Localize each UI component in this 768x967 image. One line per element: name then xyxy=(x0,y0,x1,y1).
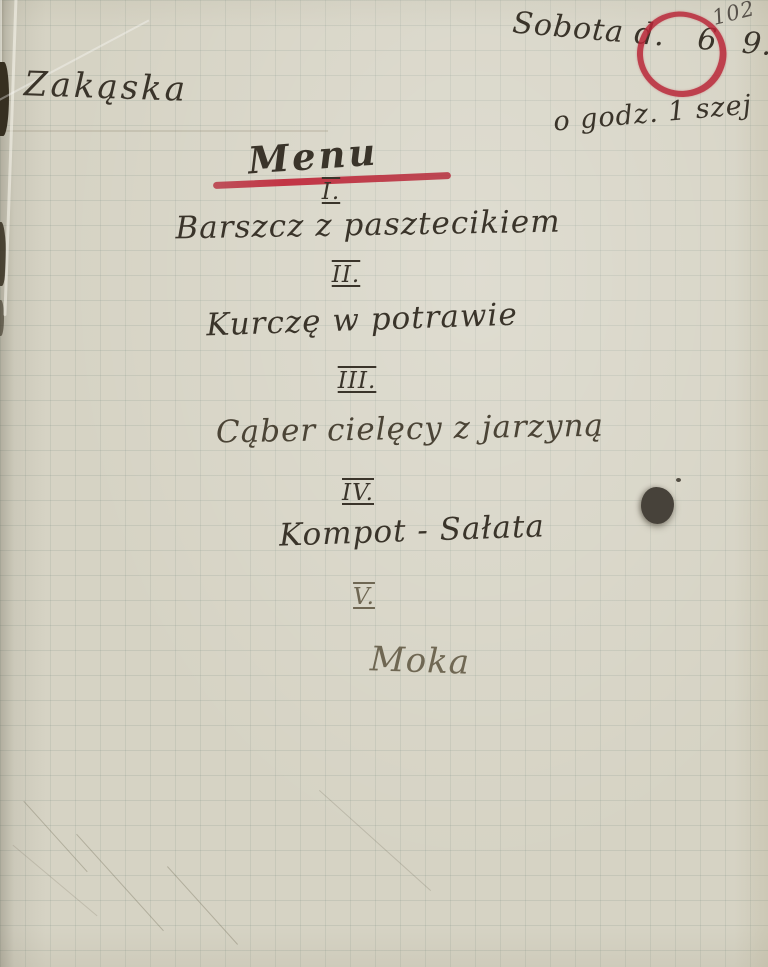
ink-blot xyxy=(641,487,674,524)
paper-scratch xyxy=(319,790,431,891)
course-numeral: V. xyxy=(353,586,375,609)
torn-edge-highlight xyxy=(3,0,17,316)
paper-scratch xyxy=(13,845,98,916)
menu-title: Menu xyxy=(247,134,380,180)
paper-scratch xyxy=(167,866,238,945)
time-note: o godz. 1 szej xyxy=(552,91,753,135)
course-numeral: I. xyxy=(322,181,340,204)
ink-blot-speck xyxy=(676,478,681,482)
dish-name: Barszcz z pasztecikiem xyxy=(175,207,561,245)
course-numeral: II. xyxy=(332,264,360,287)
course-numeral: III. xyxy=(338,370,377,393)
paper-scratch xyxy=(76,834,164,931)
dish-name: Kurczę w potrawie xyxy=(206,300,519,342)
dish-name: Kompot - Sałata xyxy=(279,511,546,551)
dish-name: Moka xyxy=(369,642,470,679)
date-suffix: 9.30. xyxy=(741,26,768,68)
paper-crease xyxy=(0,130,328,132)
side-note-zakaska: Zakąska xyxy=(23,67,188,107)
dish-name: Cąber cielęcy z jarzyną xyxy=(216,411,605,449)
course-numeral: IV. xyxy=(342,482,374,505)
handwritten-menu-page: 102 Sobota d. 6 9.30. o godz. 1 szej Zak… xyxy=(0,0,768,967)
